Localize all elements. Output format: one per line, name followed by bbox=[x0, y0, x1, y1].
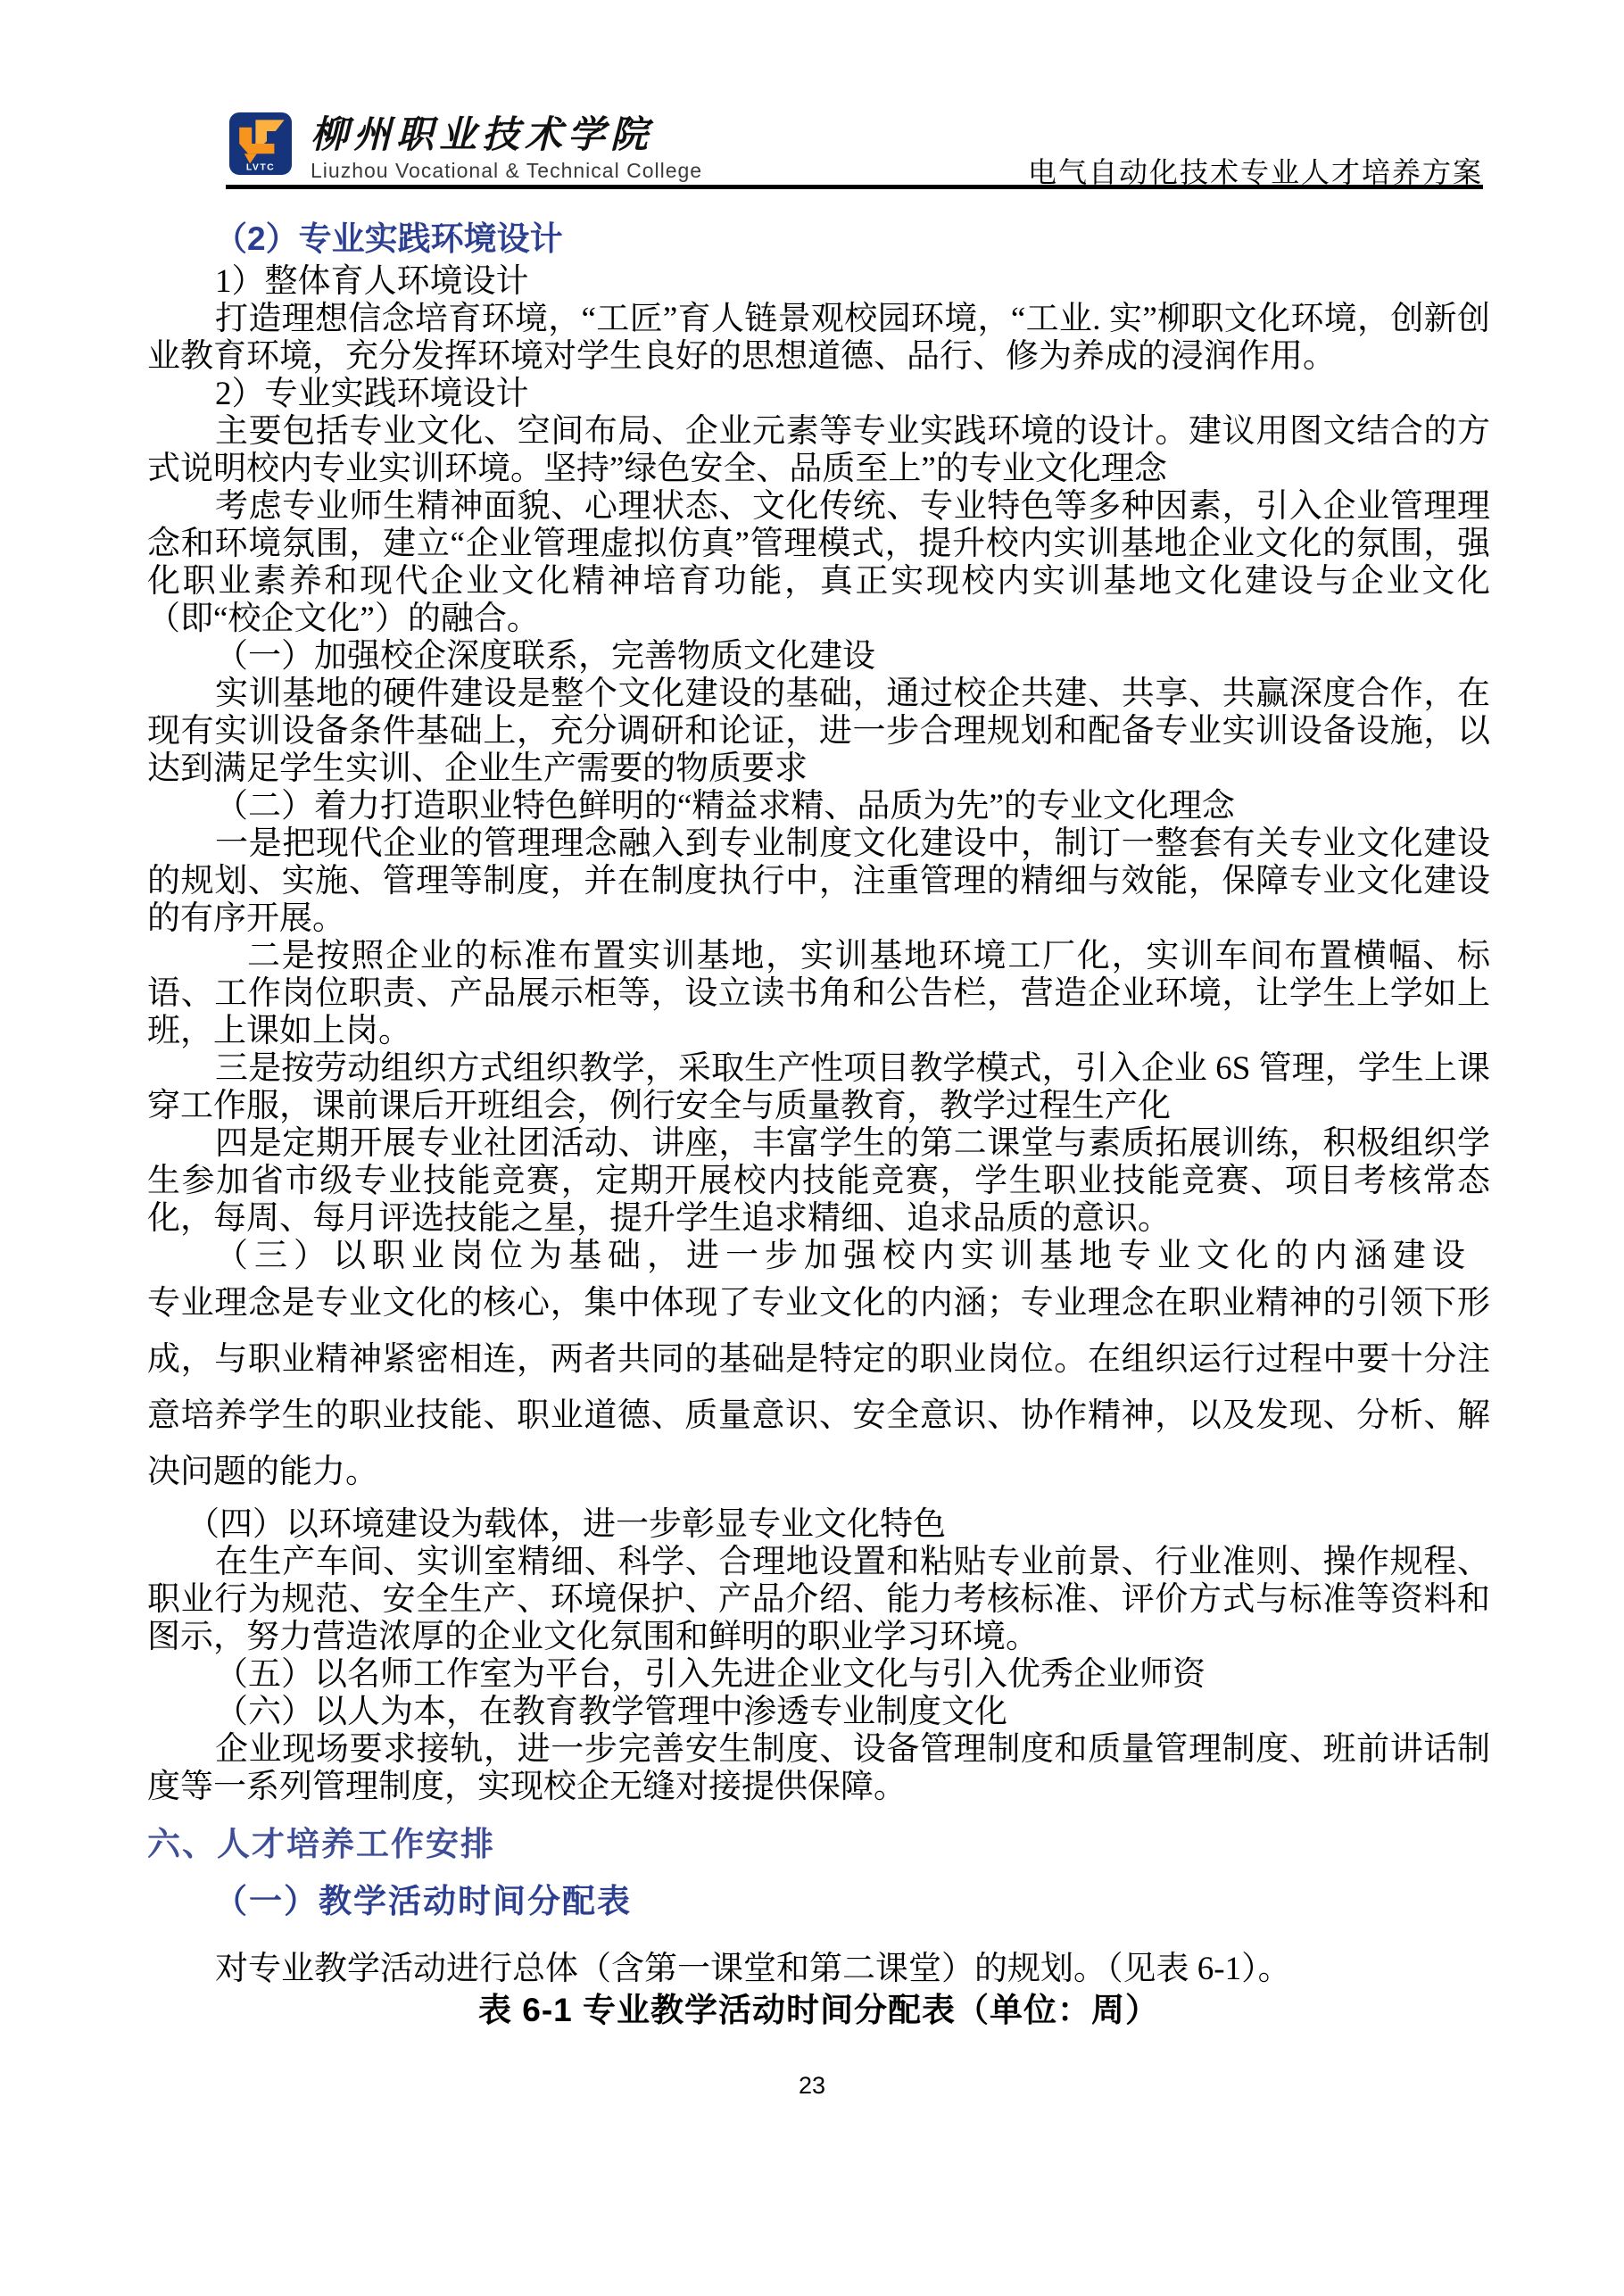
paragraph-03: 2）专业实践环境设计 bbox=[147, 376, 1490, 413]
section-heading-6: 六、人才培养工作安排 bbox=[147, 1826, 1490, 1863]
paragraph-17: （五）以名师工作室为平台，引入先进企业文化与引入优秀企业师资 bbox=[147, 1656, 1490, 1694]
paragraph-04: 主要包括专业文化、空间布局、企业元素等专业实践环境的设计。建议用图文结合的方式说… bbox=[147, 413, 1490, 488]
paragraph-11: 三是按劳动组织方式组织教学，采取生产性项目教学模式，引入企业 6S 管理，学生上… bbox=[147, 1050, 1490, 1125]
paragraph-10: 二是按照企业的标准布置实训基地，实训基地环境工厂化，实训车间布置横幅、标语、工作… bbox=[147, 938, 1490, 1050]
paragraph-07: 实训基地的硬件建设是整个文化建设的基础，通过校企共建、共享、共赢深度合作，在现有… bbox=[147, 676, 1490, 788]
college-name-cn: 柳州职业技术学院 bbox=[311, 114, 702, 155]
document-page: LVTC 柳州职业技术学院 Liuzhou Vocational & Techn… bbox=[0, 0, 1624, 2296]
paragraph-08: （二）着力打造职业特色鲜明的“精益求精、品质为先”的专业文化理念 bbox=[147, 788, 1490, 825]
subsection-heading-6-1: （一）教学活动时间分配表 bbox=[214, 1883, 1490, 1920]
paragraph-05: 考虑专业师生精神面貌、心理状态、文化传统、专业特色等多种因素，引入企业管理理念和… bbox=[147, 488, 1490, 638]
paragraph-02: 打造理想信念培育环境，“工匠”育人链景观校园环境，“工业. 实”柳职文化环境，创… bbox=[147, 301, 1490, 376]
page-number: 23 bbox=[0, 2072, 1624, 2100]
page-content: （2）专业实践环境设计 1）整体育人环境设计 打造理想信念培育环境，“工匠”育人… bbox=[147, 220, 1490, 2029]
header-divider bbox=[226, 185, 1483, 189]
paragraph-16: 在生产车间、实训室精细、科学、合理地设置和粘贴专业前景、行业准则、操作规程、职业… bbox=[147, 1544, 1490, 1656]
table-6-1-caption: 表 6-1 专业教学活动时间分配表（单位：周） bbox=[147, 1992, 1490, 2029]
paragraph-18: （六）以人为本，在教育教学管理中渗透专业制度文化 bbox=[147, 1694, 1490, 1731]
college-name-block: 柳州职业技术学院 Liuzhou Vocational & Technical … bbox=[311, 114, 702, 183]
section-heading-2: （2）专业实践环境设计 bbox=[214, 220, 1490, 258]
paragraph-14: 专业理念是专业文化的核心，集中体现了专业文化的内涵；专业理念在职业精神的引领下形… bbox=[147, 1275, 1490, 1500]
paragraph-19: 企业现场要求接轨，进一步完善安生制度、设备管理制度和质量管理制度、班前讲话制度等… bbox=[147, 1731, 1490, 1806]
paragraph-12: 四是定期开展专业社团活动、讲座，丰富学生的第二课堂与素质拓展训练，积极组织学生参… bbox=[147, 1125, 1490, 1238]
paragraph-01: 1）整体育人环境设计 bbox=[147, 263, 1490, 301]
paragraph-06: （一）加强校企深度联系，完善物质文化建设 bbox=[147, 638, 1490, 676]
logo-abbr-text: LVTC bbox=[246, 162, 275, 172]
paragraph-13: （三）以职业岗位为基础，进一步加强校内实训基地专业文化的内涵建设 bbox=[147, 1238, 1490, 1275]
college-name-en: Liuzhou Vocational & Technical College bbox=[311, 159, 702, 183]
page-header: LVTC 柳州职业技术学院 Liuzhou Vocational & Techn… bbox=[0, 0, 1624, 192]
paragraph-09: 一是把现代企业的管理理念融入到专业制度文化建设中，制订一整套有关专业文化建设的规… bbox=[147, 825, 1490, 938]
paragraph-15: （四）以环境建设为载体，进一步彰显专业文化特色 bbox=[147, 1506, 1490, 1544]
lvtc-logo-icon: LVTC bbox=[228, 112, 293, 175]
college-logo-icon: LVTC bbox=[228, 112, 293, 175]
paragraph-plan: 对专业教学活动进行总体（含第一课堂和第二课堂）的规划。（见表 6-1）。 bbox=[147, 1951, 1490, 1988]
